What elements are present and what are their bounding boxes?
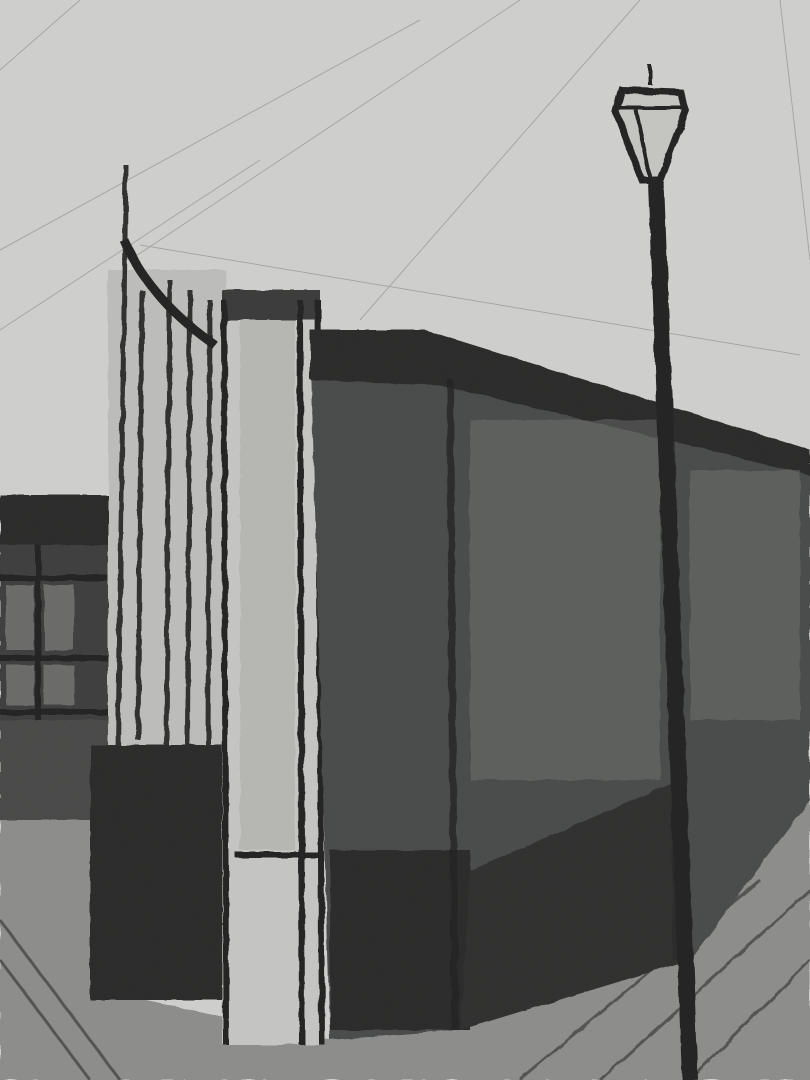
- etching-artwork: [0, 0, 810, 1080]
- paper-grain: [0, 0, 810, 1080]
